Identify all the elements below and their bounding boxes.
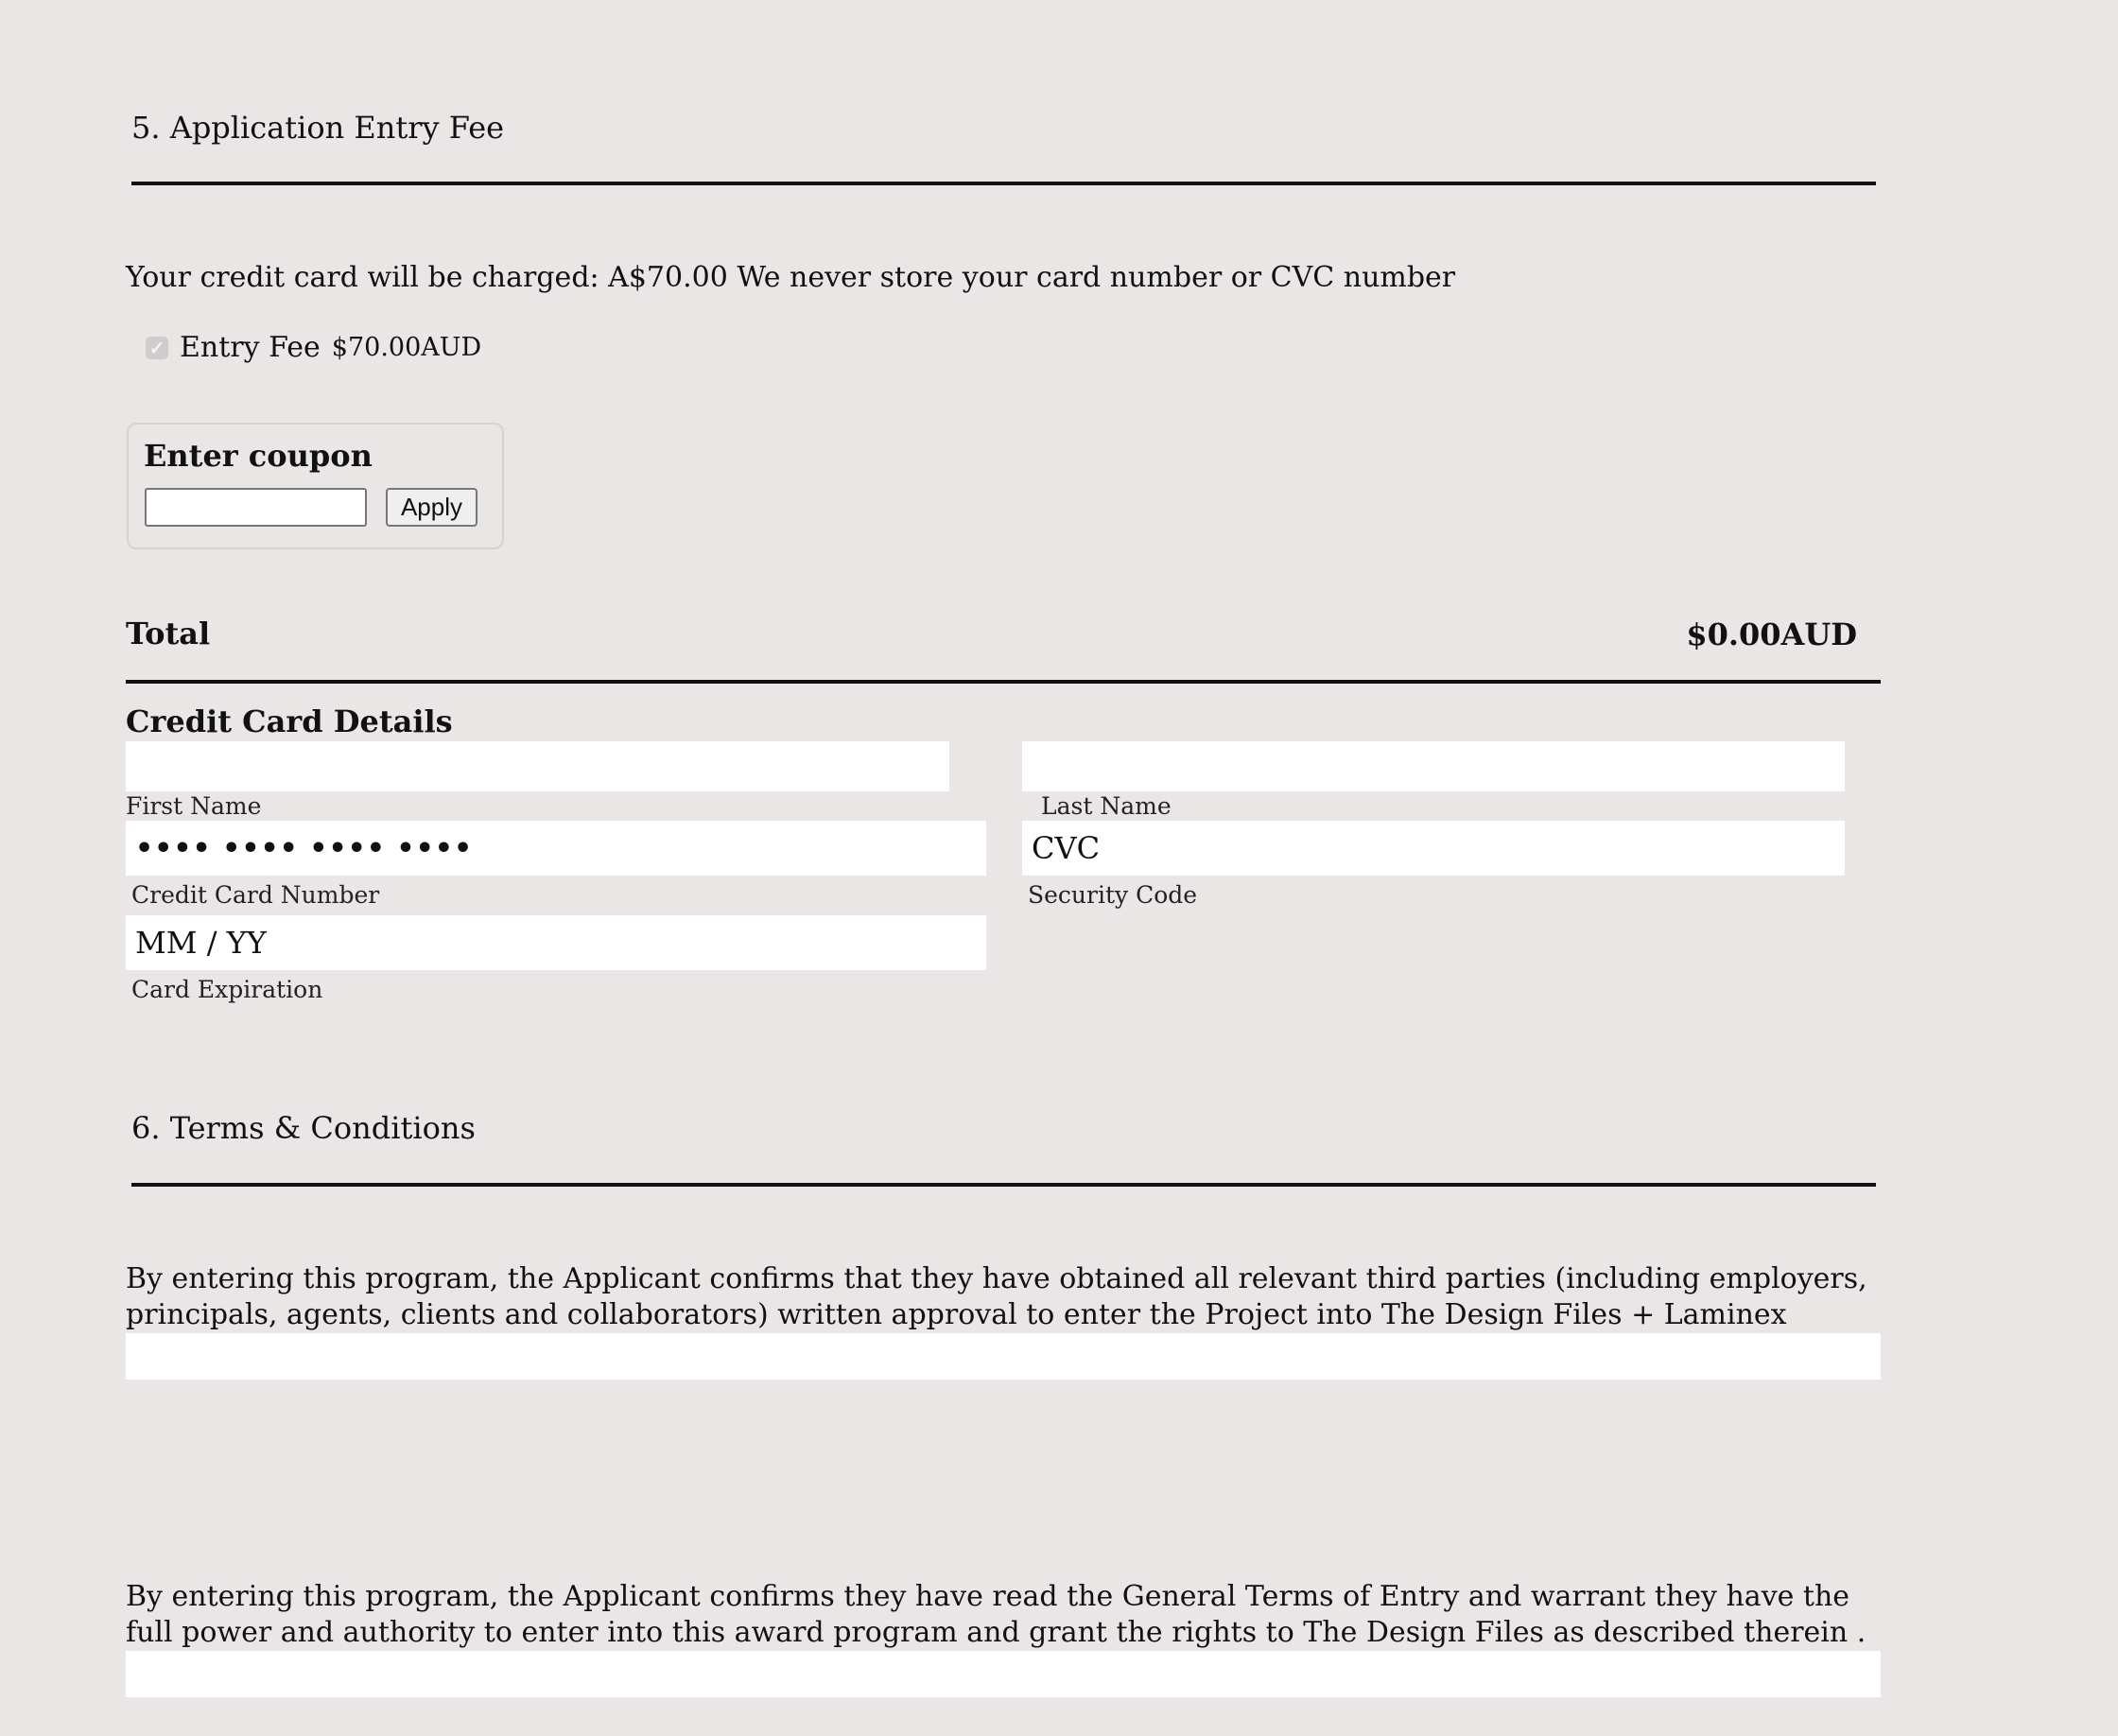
first-name-label: First Name — [126, 792, 261, 820]
card-number-label: Credit Card Number — [131, 881, 379, 909]
expiration-label: Card Expiration — [131, 976, 322, 1003]
first-name-input[interactable] — [126, 741, 949, 791]
coupon-input[interactable] — [145, 488, 367, 527]
security-code-label: Security Code — [1028, 881, 1197, 909]
terms-input-general[interactable] — [126, 1651, 1881, 1697]
section-divider — [131, 1183, 1876, 1187]
expiration-input[interactable]: MM / YY — [126, 915, 986, 970]
total-label: Total — [126, 616, 210, 651]
security-code-input[interactable]: CVC — [1022, 821, 1845, 876]
terms-input-third-party[interactable] — [126, 1333, 1881, 1380]
total-amount: $0.00AUD — [1686, 616, 1857, 652]
entry-fee-label: Entry Fee — [180, 331, 321, 364]
last-name-label: Last Name — [1041, 792, 1172, 820]
card-number-input[interactable]: •••• •••• •••• •••• — [126, 821, 986, 876]
section-divider — [131, 182, 1876, 185]
apply-coupon-button[interactable]: Apply — [386, 488, 477, 527]
entry-fee-amount: $70.00AUD — [332, 333, 481, 362]
total-divider — [126, 680, 1881, 684]
coupon-box: Enter coupon Apply — [127, 423, 504, 549]
credit-card-title: Credit Card Details — [126, 703, 453, 739]
section-title-entry-fee: 5. Application Entry Fee — [131, 110, 504, 146]
coupon-title: Enter coupon — [144, 438, 373, 474]
terms-text-general: By entering this program, the Applicant … — [126, 1579, 1884, 1651]
entry-fee-checkbox[interactable]: ✓ — [146, 337, 168, 359]
entry-fee-option[interactable]: ✓ Entry Fee $70.00AUD — [146, 331, 481, 364]
charge-notice: Your credit card will be charged: A$70.0… — [126, 261, 1455, 294]
last-name-input[interactable] — [1022, 741, 1845, 791]
section-title-terms: 6. Terms & Conditions — [131, 1110, 476, 1146]
